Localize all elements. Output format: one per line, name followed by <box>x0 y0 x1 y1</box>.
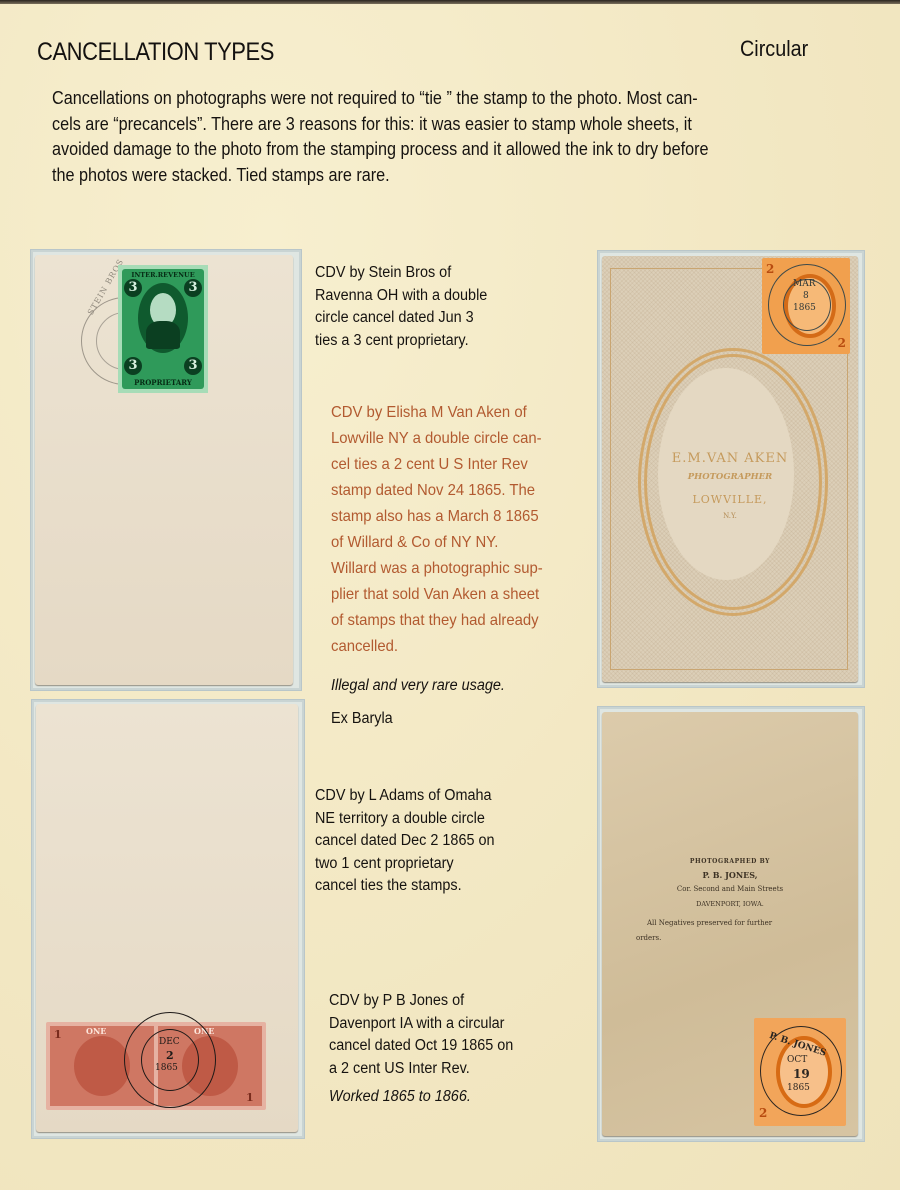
circular-cancel: P. B. JONES OCT 19 1865 <box>760 1026 842 1116</box>
intro-line: cels are “precancels”. There are 3 reaso… <box>52 112 790 138</box>
back-line-city: DAVENPORT, IOWA. <box>602 900 858 908</box>
intro-line: the photos were stacked. Tied stamps are… <box>52 163 790 189</box>
back-line-address: Cor. Second and Main Streets <box>602 885 858 893</box>
double-circle-cancel: MAR 8 1865 <box>768 264 846 346</box>
scan-edge <box>0 0 900 4</box>
photographer-name: E.M.VAN AKEN <box>602 451 858 466</box>
stamp-1-cent-proprietary-pair: ONE ONE 1 1 DEC 2 1865 <box>46 1022 266 1110</box>
back-line-photographed-by: PHOTOGRAPHED BY <box>602 858 858 865</box>
photographer-city: LOWVILLE, <box>602 493 858 506</box>
intro-line: avoided damage to the photo from the sta… <box>52 137 790 163</box>
note-illegal-usage: Illegal and very rare usage. <box>331 675 505 698</box>
category-label: Circular <box>740 36 808 62</box>
back-line-orders: orders. <box>636 934 661 942</box>
note-worked-years: Worked 1865 to 1866. <box>329 1086 471 1109</box>
caption-pb-jones: CDV by P B Jones of Davenport IA with a … <box>329 990 513 1080</box>
caption-stein-bros: CDV by Stein Bros of Ravenna OH with a d… <box>315 262 487 352</box>
stamp-2-cent-inter-rev: 2 P. B. JONES OCT 19 1865 <box>754 1018 846 1126</box>
cdv-l-adams: ONE ONE 1 1 DEC 2 1865 <box>36 704 298 1132</box>
photographer-state: N.Y. <box>602 512 858 520</box>
page-title: CANCELLATION TYPES <box>37 38 274 67</box>
intro-line: Cancellations on photographs were not re… <box>52 86 790 112</box>
stamp-3-cent-proprietary: INTER.REVENUE 3 3 3 3 PROPRIETARY <box>118 265 208 393</box>
cdv-stein-bros: STEIN BROS INTER.REVENUE 3 3 3 3 PROPRIE… <box>35 255 293 685</box>
cdv-van-aken-back: E.M.VAN AKEN PHOTOGRAPHER LOWVILLE, N.Y.… <box>602 256 858 682</box>
caption-l-adams: CDV by L Adams of Omaha NE territory a d… <box>315 785 495 898</box>
double-circle-cancel: DEC 2 1865 <box>124 1012 216 1108</box>
intro-paragraph: Cancellations on photographs were not re… <box>52 86 790 188</box>
caption-van-aken: CDV by Elisha M Van Aken of Lowville NY … <box>331 400 543 660</box>
stamp-2-cent-inter-rev: 2 2 MAR 8 1865 <box>762 258 850 354</box>
provenance-note: Ex Baryla <box>331 708 393 731</box>
cdv-pb-jones-back: PHOTOGRAPHED BY P. B. JONES, Cor. Second… <box>602 712 858 1136</box>
back-line-negatives: All Negatives preserved for further <box>647 919 772 927</box>
back-line-name: P. B. JONES, <box>602 870 858 880</box>
photographer-role: PHOTOGRAPHER <box>602 472 858 482</box>
